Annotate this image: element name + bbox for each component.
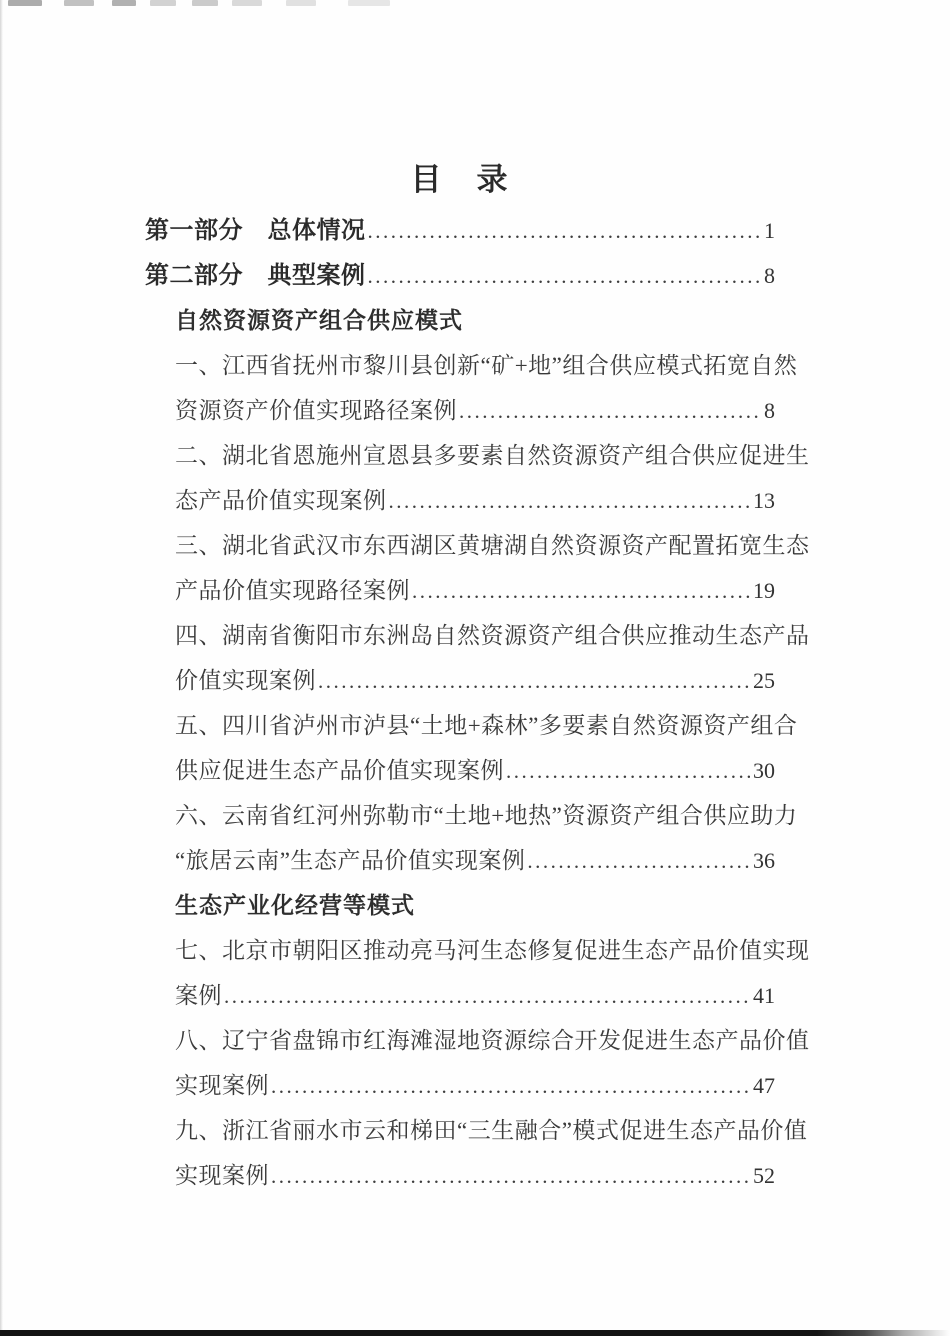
toc-entry-text: 二、湖北省恩施州宣恩县多要素自然资源资产组合供应促进生 <box>175 433 810 478</box>
toc-content: 目 录 第一部分 总体情况 1 第二部分 典型案例 8 自然资源资产组合供应模式… <box>145 160 775 1198</box>
toc-item-9-line-2: 实现案例 52 <box>145 1153 775 1198</box>
toc-page-number: 47 <box>753 1063 775 1108</box>
toc-entry-text: 一、江西省抚州市黎川县创新“矿+地”组合供应模式拓宽自然 <box>175 343 797 388</box>
toc-entry-text: 实现案例 <box>175 1063 269 1108</box>
toc-item-2-line-2: 态产品价值实现案例 13 <box>145 478 775 523</box>
toc-item-5-line-2: 供应促进生态产品价值实现案例 30 <box>145 748 775 793</box>
toc-entry-text: 资源资产价值实现路径案例 <box>175 388 457 433</box>
toc-item-9-line-1: 九、浙江省丽水市云和梯田“三生融合”模式促进生态产品价值 <box>145 1108 775 1153</box>
page-title: 目 录 <box>145 160 775 200</box>
toc-page-number: 36 <box>753 838 775 883</box>
toc-entry-text: 九、浙江省丽水市云和梯田“三生融合”模式促进生态产品价值 <box>175 1108 807 1153</box>
toc-page-number: 13 <box>753 478 775 523</box>
toc-section-text: 自然资源资产组合供应模式 <box>175 298 463 343</box>
scan-artifact-bottom-edge <box>0 1330 950 1336</box>
toc-section-heading-2: 生态产业化经营等模式 <box>145 883 775 928</box>
toc-item-4-line-1: 四、湖南省衡阳市东洲岛自然资源资产组合供应推动生态产品 <box>145 613 775 658</box>
toc-section-heading-1: 自然资源资产组合供应模式 <box>145 298 775 343</box>
scanned-document-page: 目 录 第一部分 总体情况 1 第二部分 典型案例 8 自然资源资产组合供应模式… <box>0 0 950 1336</box>
scan-artifact-left-edge <box>0 0 3 1336</box>
toc-part-1: 第一部分 总体情况 1 <box>145 208 775 253</box>
toc-item-7-line-1: 七、北京市朝阳区推动亮马河生态修复促进生态产品价值实现 <box>145 928 775 973</box>
toc-part-2: 第二部分 典型案例 8 <box>145 253 775 298</box>
toc-entry-text: 三、湖北省武汉市东西湖区黄塘湖自然资源资产配置拓宽生态 <box>175 523 810 568</box>
dot-leader <box>318 659 750 704</box>
toc-page-number: 8 <box>764 388 775 433</box>
toc-page-number: 52 <box>753 1153 775 1198</box>
toc-item-8-line-1: 八、辽宁省盘锦市红海滩湿地资源综合开发促进生态产品价值 <box>145 1018 775 1063</box>
toc-item-3-line-1: 三、湖北省武汉市东西湖区黄塘湖自然资源资产配置拓宽生态 <box>145 523 775 568</box>
toc-item-7-line-2: 案例 41 <box>145 973 775 1018</box>
toc-entry-text: 四、湖南省衡阳市东洲岛自然资源资产组合供应推动生态产品 <box>175 613 810 658</box>
toc-item-8-line-2: 实现案例 47 <box>145 1063 775 1108</box>
dot-leader <box>368 254 762 299</box>
toc-entry-text: 态产品价值实现案例 <box>175 478 387 523</box>
toc-entry-text: 六、云南省红河州弥勒市“土地+地热”资源资产组合供应助力 <box>175 793 797 838</box>
dot-leader <box>459 389 761 434</box>
toc-entry-text: 产品价值实现路径案例 <box>175 568 410 613</box>
dot-leader <box>271 1064 750 1109</box>
toc-page-number: 1 <box>764 208 775 253</box>
toc-item-2-line-1: 二、湖北省恩施州宣恩县多要素自然资源资产组合供应促进生 <box>145 433 775 478</box>
toc-item-6-line-2: “旅居云南”生态产品价值实现案例 36 <box>145 838 775 883</box>
dot-leader <box>389 479 751 524</box>
toc-item-5-line-1: 五、四川省泸州市泸县“土地+森林”多要素自然资源资产组合 <box>145 703 775 748</box>
dot-leader <box>368 209 762 254</box>
toc-entry-text: 第二部分 典型案例 <box>145 253 366 298</box>
toc-entry-text: “旅居云南”生态产品价值实现案例 <box>175 838 525 883</box>
toc-entry-text: 案例 <box>175 973 222 1018</box>
toc-entry-text: 五、四川省泸州市泸县“土地+森林”多要素自然资源资产组合 <box>175 703 797 748</box>
toc-item-4-line-2: 价值实现案例 25 <box>145 658 775 703</box>
dot-leader <box>506 749 750 794</box>
dot-leader <box>271 1154 750 1199</box>
scan-artifact-top-edge <box>0 0 950 10</box>
toc-entry-text: 第一部分 总体情况 <box>145 208 366 253</box>
dot-leader <box>527 839 750 884</box>
toc-page-number: 25 <box>753 658 775 703</box>
toc-list: 第一部分 总体情况 1 第二部分 典型案例 8 自然资源资产组合供应模式 一、江… <box>145 208 775 1198</box>
toc-entry-text: 实现案例 <box>175 1153 269 1198</box>
toc-item-6-line-1: 六、云南省红河州弥勒市“土地+地热”资源资产组合供应助力 <box>145 793 775 838</box>
toc-entry-text: 价值实现案例 <box>175 658 316 703</box>
toc-item-3-line-2: 产品价值实现路径案例 19 <box>145 568 775 613</box>
toc-page-number: 8 <box>764 253 775 298</box>
toc-page-number: 30 <box>753 748 775 793</box>
dot-leader <box>224 974 750 1019</box>
toc-entry-text: 供应促进生态产品价值实现案例 <box>175 748 504 793</box>
toc-item-1-line-1: 一、江西省抚州市黎川县创新“矿+地”组合供应模式拓宽自然 <box>145 343 775 388</box>
toc-entry-text: 七、北京市朝阳区推动亮马河生态修复促进生态产品价值实现 <box>175 928 810 973</box>
toc-page-number: 19 <box>753 568 775 613</box>
toc-entry-text: 八、辽宁省盘锦市红海滩湿地资源综合开发促进生态产品价值 <box>175 1018 810 1063</box>
toc-item-1-line-2: 资源资产价值实现路径案例 8 <box>145 388 775 433</box>
toc-section-text: 生态产业化经营等模式 <box>175 883 415 928</box>
dot-leader <box>412 569 750 614</box>
toc-page-number: 41 <box>753 973 775 1018</box>
